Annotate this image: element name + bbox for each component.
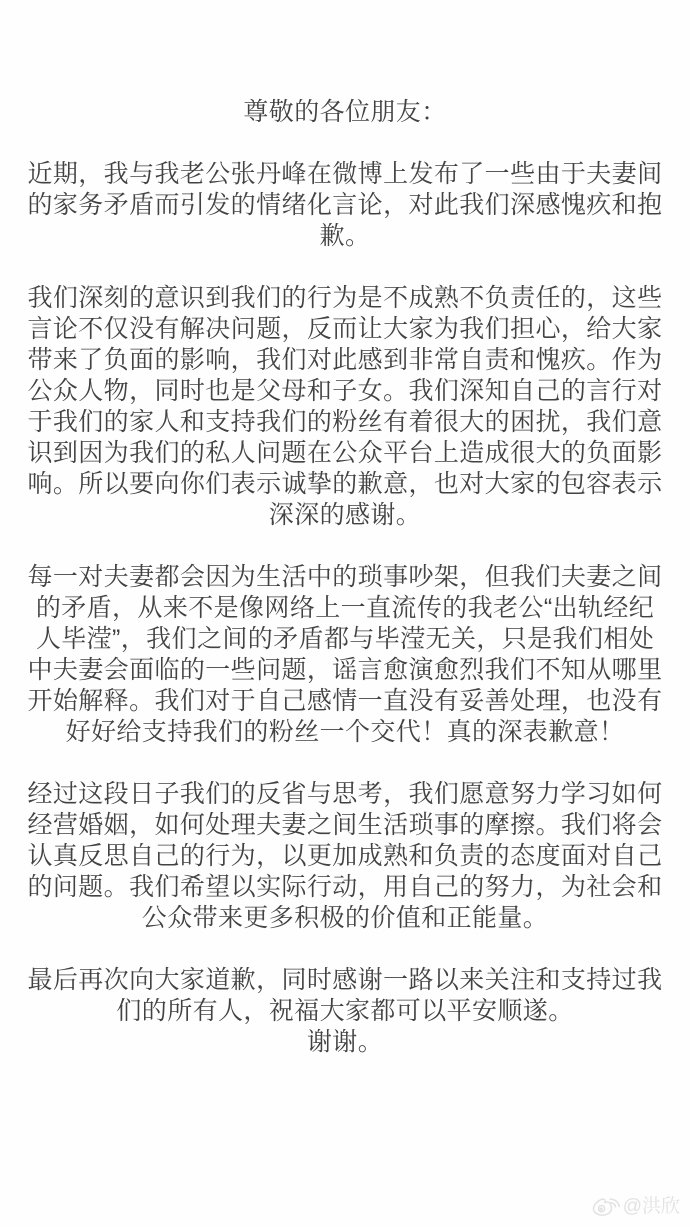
letter-paragraph: 最后再次向大家道歉，同时感谢一路以来关注和支持过我 们的所有人，祝福大家都可以平…: [27, 965, 663, 1058]
letter-paragraph: 近期，我与我老公张丹峰在微博上发布了一些由于夫妻间 的家务矛盾而引发的情绪化言论…: [27, 159, 663, 252]
weibo-logo-icon: [592, 1194, 620, 1218]
letter-paragraph: 每一对夫妻都会因为生活中的琐事吵架，但我们夫妻之间 的矛盾，从来不是像网络上一直…: [27, 562, 663, 748]
watermark-handle: @洪欣: [623, 1195, 680, 1218]
watermark: @洪欣: [592, 1194, 680, 1218]
letter-title: 尊敬的各位朋友：: [27, 97, 663, 128]
apology-letter: 尊敬的各位朋友： 近期，我与我老公张丹峰在微博上发布了一些由于夫妻间 的家务矛盾…: [27, 97, 663, 1058]
letter-paragraph: 经过这段日子我们的反省与思考，我们愿意努力学习如何 经营婚姻，如何处理夫妻之间生…: [27, 779, 663, 934]
letter-paragraph: 我们深刻的意识到我们的行为是不成熟不负责任的，这些 言论不仅没有解决问题，反而让…: [27, 283, 663, 531]
